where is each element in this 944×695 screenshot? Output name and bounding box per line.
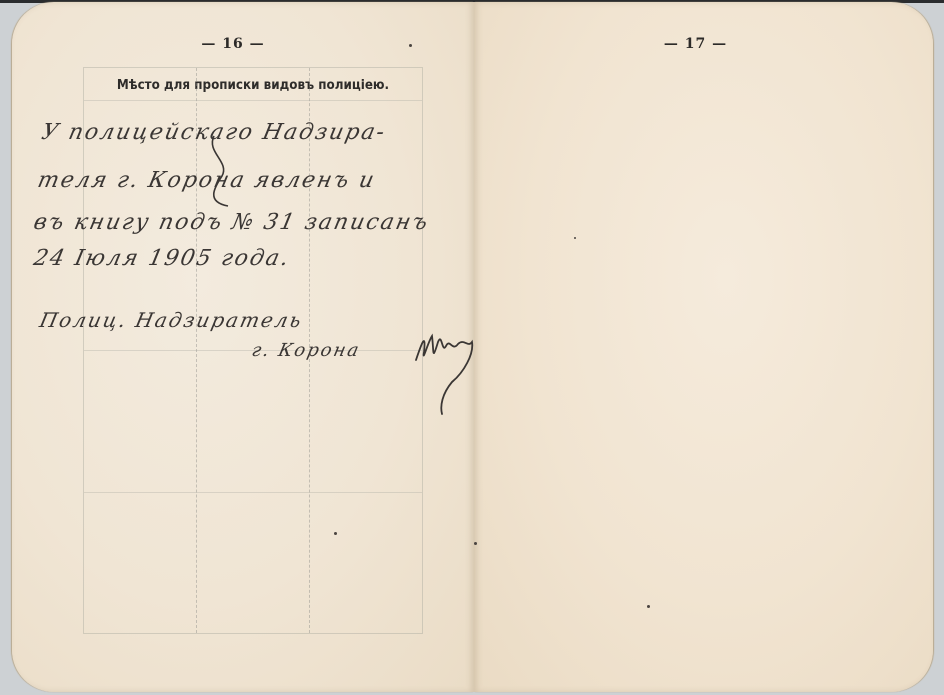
handwritten-line-4: 24 Iюля 1905 года.: [31, 246, 292, 271]
left-page: — 16 — Мѣсто для прописки видовъ полицiе…: [12, 2, 474, 692]
paper-speck: [474, 542, 477, 545]
paper-speck: [334, 532, 337, 535]
right-page: — 17 —: [474, 2, 933, 692]
signature-title-line-2: г. Корона: [250, 340, 363, 361]
page-number-right: — 17 —: [466, 36, 925, 52]
paper-speck: [409, 44, 412, 47]
paper-speck: [574, 237, 576, 239]
signature-icon: [412, 302, 482, 422]
grid-line-horizontal: [84, 492, 422, 493]
form-title: Мѣсто для прописки видовъ полицiею.: [98, 78, 409, 93]
handwriting-flourish-icon: [202, 132, 242, 212]
signature-title-line-1: Полиц. Надзиратель: [37, 308, 305, 332]
handwritten-line-3: въ книгу подъ № 31 записанъ: [31, 210, 431, 235]
grid-line-horizontal: [84, 100, 422, 101]
page-number-left: — 16 —: [2, 36, 464, 52]
paper-speck: [647, 605, 650, 608]
